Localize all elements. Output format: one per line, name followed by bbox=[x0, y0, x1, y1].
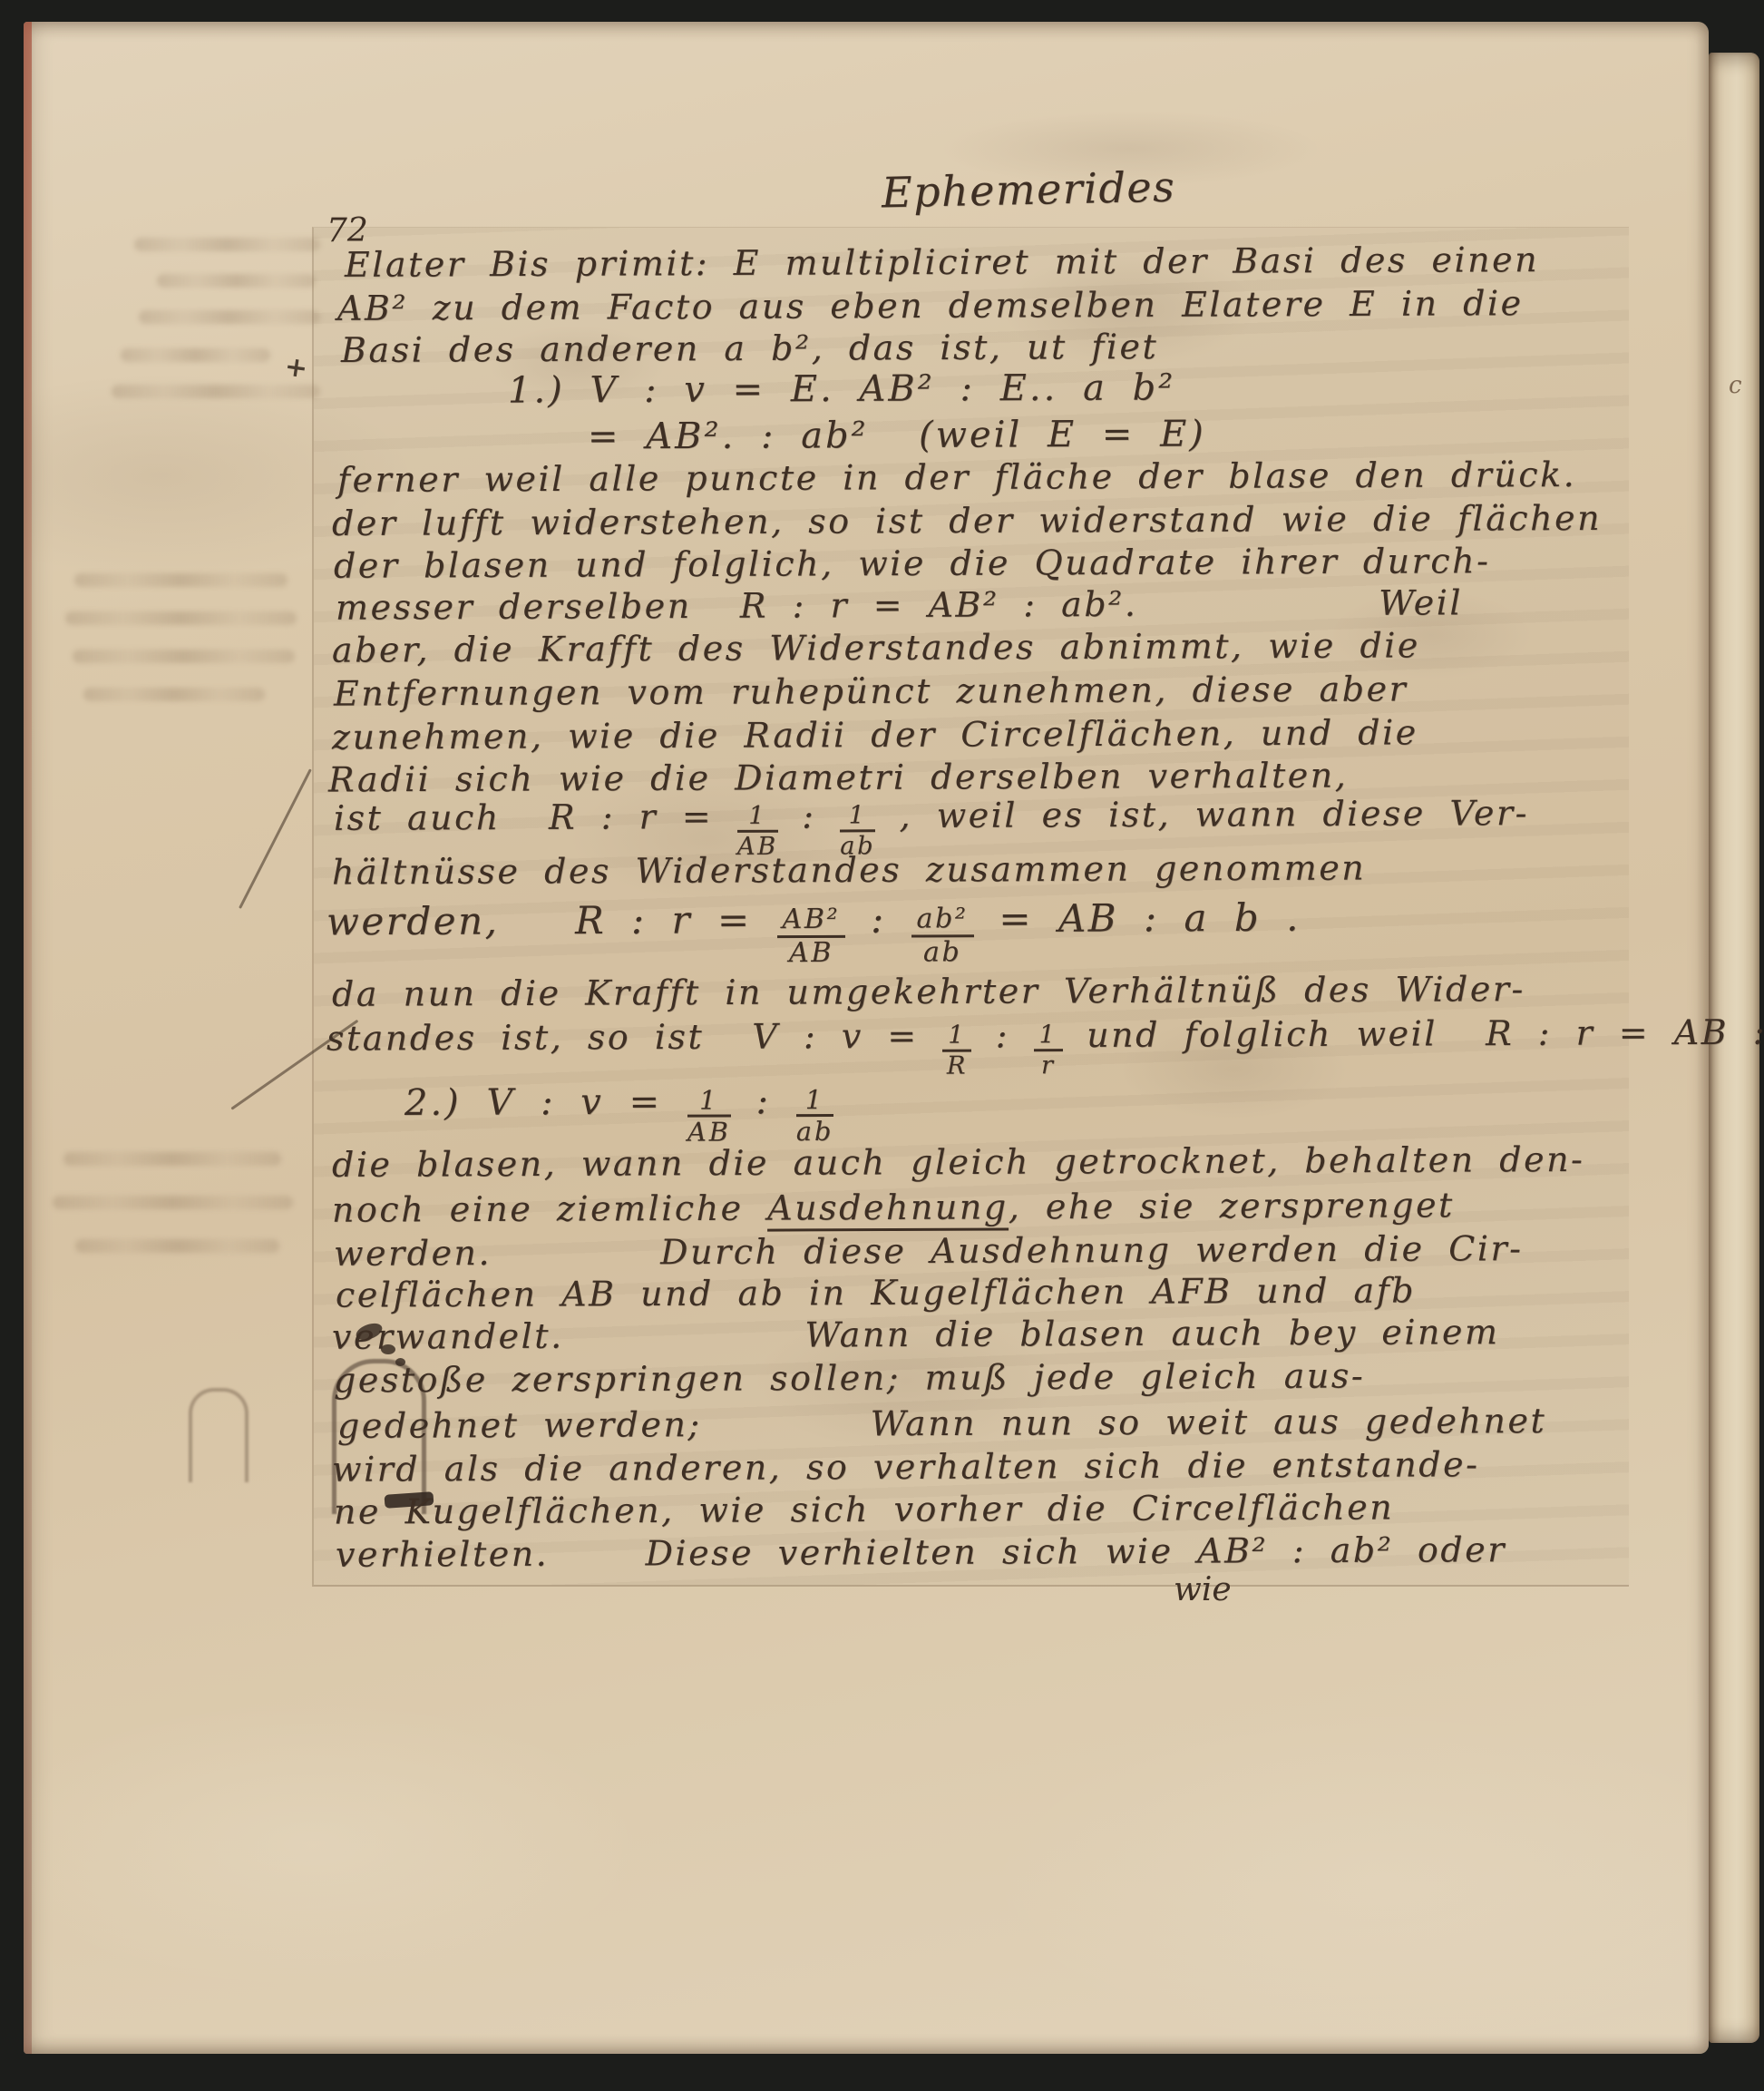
show-through-line bbox=[74, 573, 288, 587]
scanned-book-spread: Ephemerides 72 + c Elater Bis primit: E … bbox=[0, 0, 1764, 2091]
show-through-line bbox=[83, 688, 265, 701]
manuscript-line: die blasen, wann die auch gleich getrock… bbox=[332, 1140, 1585, 1186]
show-through-line bbox=[53, 1196, 293, 1209]
manuscript-line: der blasen und folglich, wie die Quadrat… bbox=[334, 542, 1491, 586]
stray-pen-stroke bbox=[239, 768, 312, 909]
show-through-line bbox=[73, 650, 295, 663]
page-title: Ephemerides bbox=[881, 162, 1175, 218]
show-through-line bbox=[112, 385, 320, 398]
fraction: 1ab bbox=[796, 1088, 834, 1145]
manuscript-line: werden, R : r = AB²AB : ab²ab = AB : a b… bbox=[326, 896, 1301, 969]
manuscript-line: zunehmen, wie die Radii der Circelfläche… bbox=[332, 713, 1418, 757]
fraction: 1r bbox=[1034, 1023, 1063, 1078]
manuscript-line: celflächen AB und ab in Kugelflächen AFB… bbox=[336, 1271, 1416, 1315]
manuscript-line: 1.) V : v = E. AB² : E.. a b² bbox=[508, 366, 1175, 411]
show-through-line bbox=[65, 611, 297, 625]
manuscript-line: noch eine ziemliche Ausdehnung, ehe sie … bbox=[332, 1186, 1455, 1230]
manuscript-line: gedehnet werden; Wann nun so weit aus ge… bbox=[337, 1402, 1546, 1447]
fraction: 1AB bbox=[687, 1088, 731, 1145]
show-through-margin-note-top bbox=[107, 238, 334, 433]
fraction: ab²ab bbox=[911, 906, 973, 966]
fraction: 1R bbox=[942, 1023, 971, 1078]
manuscript-line: messer derselben R : r = AB² : ab². Weil bbox=[336, 583, 1463, 628]
manuscript-line: AB² zu dem Facto aus eben demselben Elat… bbox=[337, 284, 1524, 328]
show-through-line bbox=[139, 310, 320, 324]
show-through-line bbox=[157, 274, 316, 288]
show-through-line bbox=[63, 1152, 281, 1166]
margin-sketch-arch-small bbox=[189, 1388, 249, 1482]
show-through-margin-note-bottom bbox=[53, 1152, 307, 1293]
manuscript-line: wird als die anderen, so verhalten sich … bbox=[332, 1445, 1480, 1490]
manuscript-line: da nun die Krafft in umgekehrter Verhält… bbox=[332, 970, 1525, 1014]
show-through-line bbox=[121, 348, 270, 362]
manuscript-line: werden. Durch diese Ausdehnung werden di… bbox=[334, 1229, 1524, 1274]
show-through-line bbox=[75, 1239, 279, 1253]
manuscript-line: standes ist, so ist V : v = 1R : 1r und … bbox=[326, 1012, 1764, 1080]
show-through-line bbox=[134, 238, 320, 251]
manuscript-line: 2.) V : v = 1AB : 1ab bbox=[404, 1080, 834, 1146]
manuscript-line: verhielten. Diese verhielten sich wie AB… bbox=[336, 1530, 1506, 1575]
manuscript-line: hältnüsse des Widerstandes zusammen geno… bbox=[332, 849, 1366, 894]
margin-cross-mark: + bbox=[283, 350, 310, 385]
manuscript-line: aber, die Krafft des Widerstandes abnimm… bbox=[332, 626, 1420, 670]
manuscript-line: gestoße zerspringen sollen; muß jede gle… bbox=[334, 1357, 1365, 1402]
manuscript-line: = AB². : ab² (weil E = E) bbox=[588, 414, 1206, 458]
catchword: wie bbox=[1174, 1571, 1232, 1608]
next-page-text-fragment: c bbox=[1729, 372, 1742, 399]
manuscript-line: ne Kugelflächen, wie sich vorher die Cir… bbox=[334, 1488, 1394, 1532]
manuscript-line: ferner weil alle puncte in der fläche de… bbox=[337, 455, 1576, 501]
page-content: Ephemerides 72 + c Elater Bis primit: E … bbox=[0, 0, 1764, 2091]
fraction: AB²AB bbox=[776, 907, 845, 967]
manuscript-line: der lufft widerstehen, so ist der widers… bbox=[332, 499, 1602, 544]
manuscript-line: Elater Bis primit: E multipliciret mit d… bbox=[345, 240, 1539, 285]
manuscript-line: Entfernungen vom ruhepünct zunehmen, die… bbox=[334, 669, 1408, 714]
manuscript-line: verwandelt. Wann die blasen auch bey ein… bbox=[332, 1313, 1500, 1357]
show-through-margin-note-middle bbox=[65, 573, 310, 728]
manuscript-line: Basi des anderen a b², das ist, ut fiet bbox=[341, 327, 1158, 371]
